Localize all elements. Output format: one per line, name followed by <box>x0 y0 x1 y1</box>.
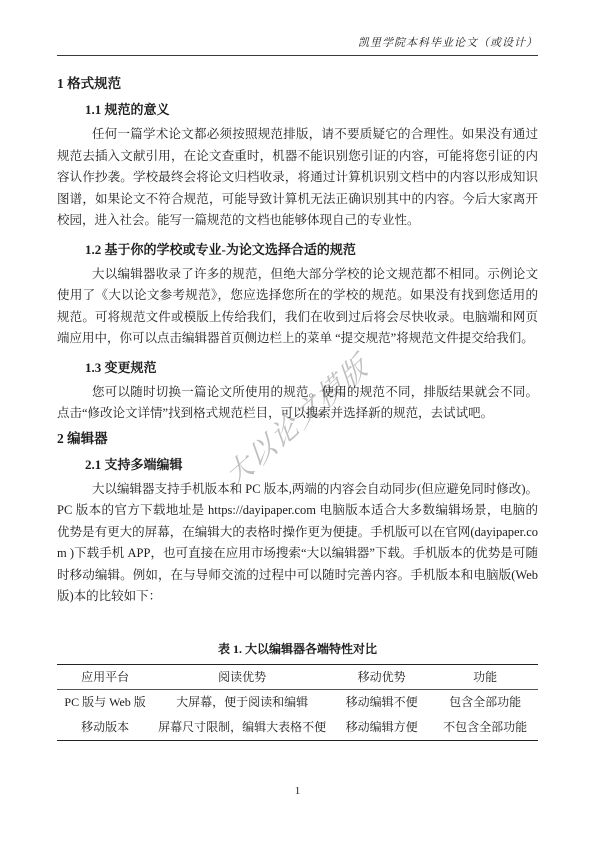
heading-section-1-1: 1.1 规范的意义 <box>57 102 538 118</box>
cell-reading: 屏幕尺寸限制，编辑大表格不便 <box>153 715 331 741</box>
table-row: 移动版本 屏幕尺寸限制，编辑大表格不便 移动编辑方便 不包含全部功能 <box>57 715 538 741</box>
cell-reading: 大屏幕，便于阅读和编辑 <box>153 689 331 715</box>
document-body: 1 格式规范 1.1 规范的意义 任何一篇学术论文都必须按照规范排版，请不要质疑… <box>57 70 538 741</box>
page-number: 1 <box>295 785 301 797</box>
cell-feature: 包含全部功能 <box>432 689 538 715</box>
page-footer: 1 <box>0 785 595 797</box>
heading-section-2-1: 2.1 支持多端编辑 <box>57 457 538 473</box>
heading-section-1: 1 格式规范 <box>57 76 538 92</box>
table-caption: 表 1. 大以编辑器各端特性对比 <box>57 640 538 657</box>
heading-section-1-3: 1.3 变更规范 <box>57 360 538 376</box>
paragraph-1-3: 您可以随时切换一篇论文所使用的规范。使用的规范不同，排版结果就会不同。点击“修改… <box>57 382 538 425</box>
heading-section-1-2: 1.2 基于你的学校或专业-为论文选择合适的规范 <box>57 242 538 258</box>
cell-mobile: 移动编辑不便 <box>331 689 432 715</box>
table-row: PC 版与 Web 版 大屏幕，便于阅读和编辑 移动编辑不便 包含全部功能 <box>57 689 538 715</box>
paragraph-1-2: 大以编辑器收录了许多的规范，但绝大部分学校的论文规范都不相同。示例论文使用了《大… <box>57 264 538 350</box>
column-header-reading: 阅读优势 <box>153 664 331 689</box>
paragraph-2-1: 大以编辑器支持手机版本和 PC 版本,两端的内容会自动同步(但应避免同时修改)。… <box>57 479 538 608</box>
cell-feature: 不包含全部功能 <box>432 715 538 741</box>
comparison-table: 应用平台 阅读优势 移动优势 功能 PC 版与 Web 版 大屏幕，便于阅读和编… <box>57 664 538 741</box>
paragraph-1-1: 任何一篇学术论文都必须按照规范排版，请不要质疑它的合理性。如果没有通过规范去插入… <box>57 124 538 232</box>
cell-platform: PC 版与 Web 版 <box>57 689 153 715</box>
heading-section-2: 2 编辑器 <box>57 431 538 447</box>
document-page: 凯里学院本科毕业论文（或设计） 大以论文模版 1 格式规范 1.1 规范的意义 … <box>0 0 595 842</box>
column-header-platform: 应用平台 <box>57 664 153 689</box>
running-header: 凯里学院本科毕业论文（或设计） <box>57 34 538 56</box>
cell-platform: 移动版本 <box>57 715 153 741</box>
table-header-row: 应用平台 阅读优势 移动优势 功能 <box>57 664 538 689</box>
column-header-feature: 功能 <box>432 664 538 689</box>
cell-mobile: 移动编辑方便 <box>331 715 432 741</box>
running-header-title: 凯里学院本科毕业论文（或设计） <box>358 37 538 49</box>
column-header-mobile: 移动优势 <box>331 664 432 689</box>
